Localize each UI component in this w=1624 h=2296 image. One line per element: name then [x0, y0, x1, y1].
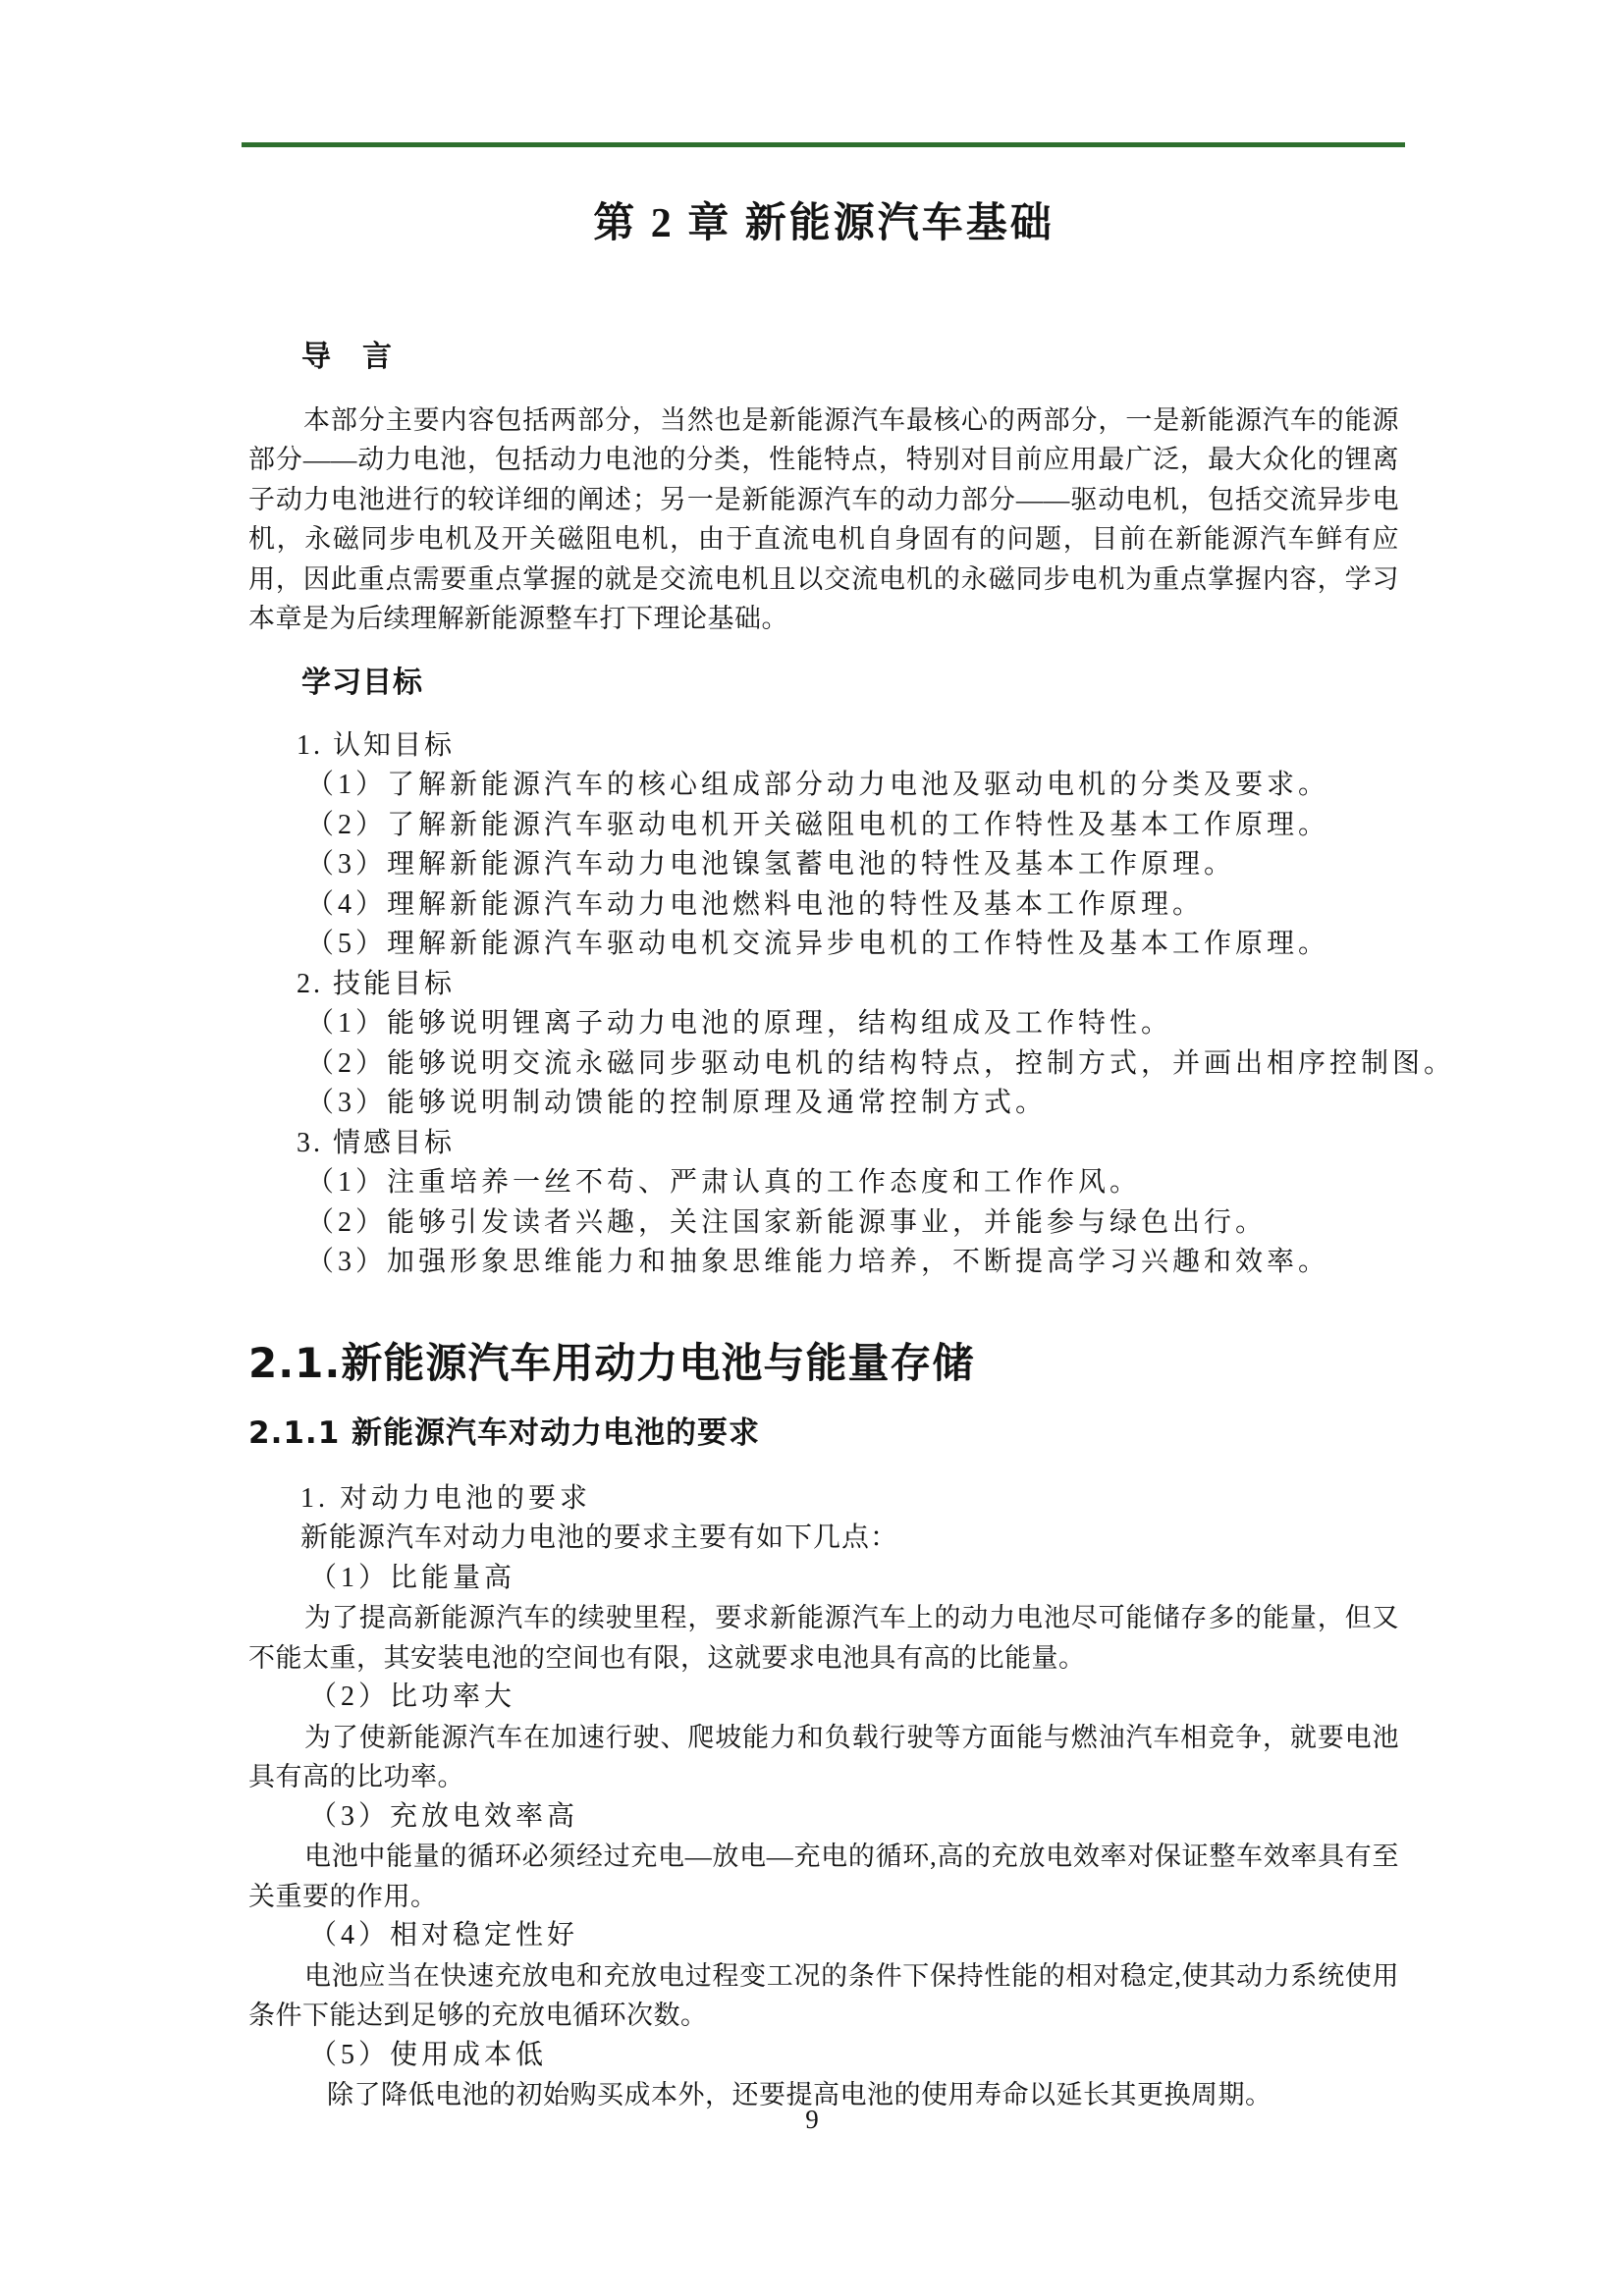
objective-item: （4）理解新能源汽车动力电池燃料电池的特性及基本工作原理。 — [248, 885, 1399, 926]
objective-group-label: 2. 技能目标 — [248, 965, 1399, 1005]
requirement-body: 电池中能量的循环必须经过充电—放电—充电的循环,高的充放电效率对保证整车效率具有… — [248, 1837, 1399, 1916]
requirement-title: （1）比能量高 — [248, 1559, 1399, 1599]
objective-item: （3）加强形象思维能力和抽象思维能力培养，不断提高学习兴趣和效率。 — [248, 1243, 1399, 1283]
objective-item: （1）注重培养一丝不苟、严肃认真的工作态度和工作作风。 — [248, 1163, 1399, 1203]
page-number: 9 — [0, 2103, 1624, 2136]
objective-item: （2）能够说明交流永磁同步驱动电机的结构特点，控制方式，并画出相序控制图。 — [248, 1044, 1399, 1085]
objective-item: （5）理解新能源汽车驱动电机交流异步电机的工作特性及基本工作原理。 — [248, 925, 1399, 965]
objective-item: （2）能够引发读者兴趣，关注国家新能源事业，并能参与绿色出行。 — [248, 1203, 1399, 1244]
requirement-body: 电池应当在快速充放电和充放电过程变工况的条件下保持性能的相对稳定,使其动力系统使… — [248, 1956, 1399, 2036]
requirement-title: （4）相对稳定性好 — [248, 1916, 1399, 1956]
requirement-block: （1）比能量高 为了提高新能源汽车的续驶里程，要求新能源汽车上的动力电池尽可能储… — [248, 1559, 1399, 1679]
requirement-body: 为了使新能源汽车在加速行驶、爬坡能力和负载行驶等方面能与燃油汽车相竞争，就要电池… — [248, 1718, 1399, 1797]
requirement-block: （4）相对稳定性好 电池应当在快速充放电和充放电过程变工况的条件下保持性能的相对… — [248, 1916, 1399, 2036]
objectives-heading: 学习目标 — [248, 665, 1399, 702]
requirement-title: （5）使用成本低 — [248, 2036, 1399, 2076]
requirement-block: （3）充放电效率高 电池中能量的循环必须经过充电—放电—充电的循环,高的充放电效… — [248, 1797, 1399, 1917]
section-heading: 2.1.新能源汽车用动力电池与能量存储 — [248, 1340, 1399, 1387]
requirement-title: （2）比功率大 — [248, 1678, 1399, 1718]
objective-item: （1）能够说明锂离子动力电池的原理，结构组成及工作特性。 — [248, 1004, 1399, 1044]
objective-item: （3）能够说明制动馈能的控制原理及通常控制方式。 — [248, 1084, 1399, 1124]
subsection-heading: 2.1.1 新能源汽车对动力电池的要求 — [248, 1415, 1399, 1452]
objective-group-label: 1. 认知目标 — [248, 726, 1399, 767]
document-page: 第 2 章 新能源汽车基础 导 言 本部分主要内容包括两部分，当然也是新能源汽车… — [0, 0, 1624, 2296]
intro-paragraph: 本部分主要内容包括两部分，当然也是新能源汽车最核心的两部分，一是新能源汽车的能源… — [248, 400, 1399, 639]
objectives-section: 学习目标 1. 认知目标 （1）了解新能源汽车的核心组成部分动力电池及驱动电机的… — [248, 665, 1399, 1283]
objective-item: （3）理解新能源汽车动力电池镍氢蓄电池的特性及基本工作原理。 — [248, 845, 1399, 885]
objective-item: （1）了解新能源汽车的核心组成部分动力电池及驱动电机的分类及要求。 — [248, 766, 1399, 806]
intro-section: 导 言 本部分主要内容包括两部分，当然也是新能源汽车最核心的两部分，一是新能源汽… — [248, 339, 1399, 639]
requirement-title: （3）充放电效率高 — [248, 1797, 1399, 1838]
requirements-list-intro: 新能源汽车对动力电池的要求主要有如下几点： — [248, 1519, 1399, 1559]
chapter-title: 第 2 章 新能源汽车基础 — [248, 199, 1399, 248]
page-content: 第 2 章 新能源汽车基础 导 言 本部分主要内容包括两部分，当然也是新能源汽车… — [248, 0, 1399, 2115]
objectives-list: 1. 认知目标 （1）了解新能源汽车的核心组成部分动力电池及驱动电机的分类及要求… — [248, 726, 1399, 1283]
requirements-list-title: 1. 对动力电池的要求 — [248, 1479, 1399, 1520]
requirement-block: （2）比功率大 为了使新能源汽车在加速行驶、爬坡能力和负载行驶等方面能与燃油汽车… — [248, 1678, 1399, 1797]
objective-group-label: 3. 情感目标 — [248, 1124, 1399, 1164]
intro-heading: 导 言 — [248, 339, 1399, 376]
requirement-body: 为了提高新能源汽车的续驶里程，要求新能源汽车上的动力电池尽可能储存多的能量，但又… — [248, 1598, 1399, 1678]
objective-item: （2）了解新能源汽车驱动电机开关磁阻电机的工作特性及基本工作原理。 — [248, 806, 1399, 846]
